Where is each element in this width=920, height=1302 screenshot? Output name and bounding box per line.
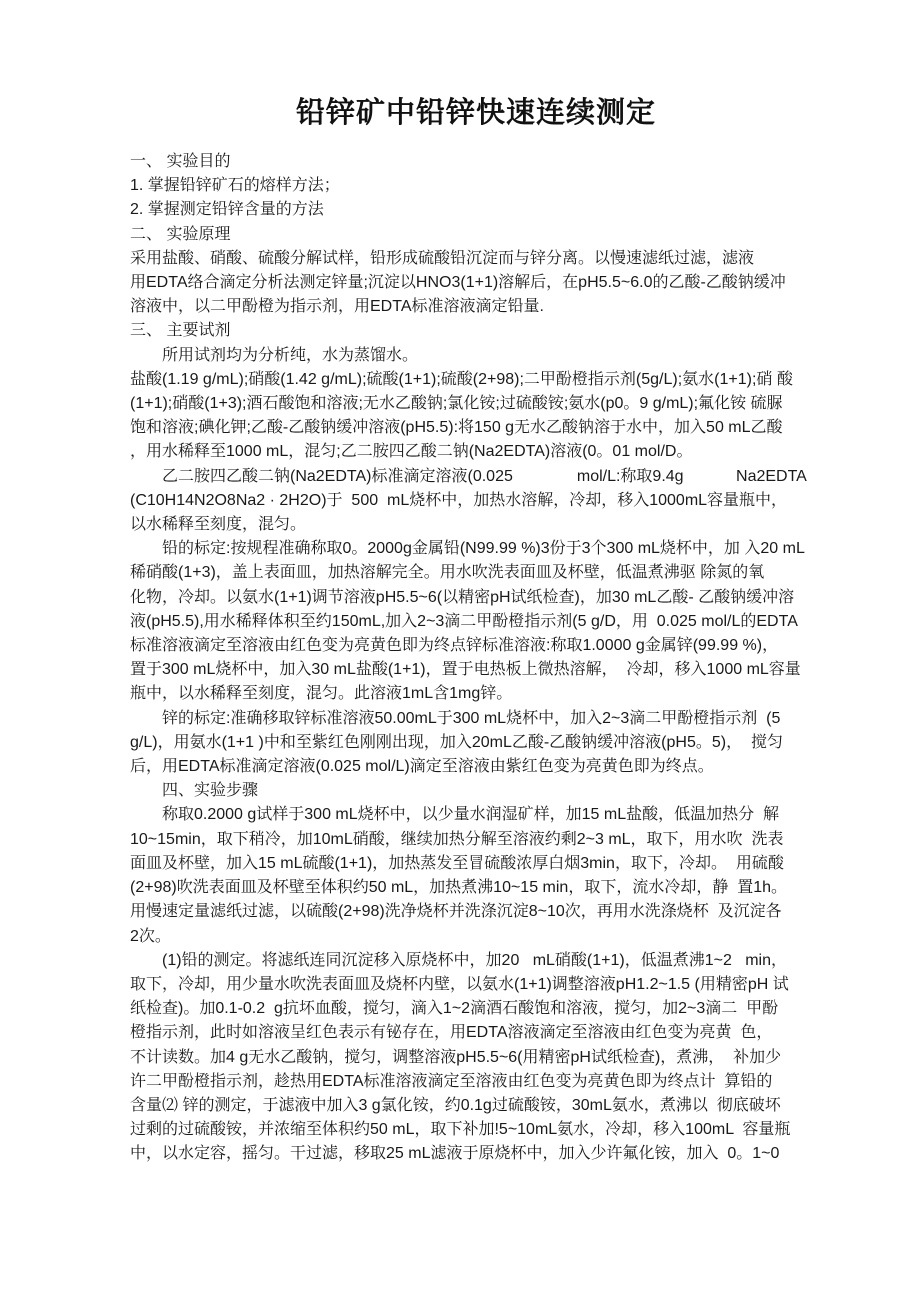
text-line: 一、 实验目的	[130, 150, 822, 174]
text-line: 四、实验步骤	[130, 779, 822, 803]
text-line: 采用盐酸、硝酸、硫酸分解试样，铅形成硫酸铅沉淀而与锌分离。以慢速滤纸过滤，滤液	[130, 247, 822, 271]
text-line: 用EDTA络合滴定分析法测定锌量;沉淀以HNO3(1+1)溶解后，在pH5.5~…	[130, 271, 822, 295]
text-line: 纸检查)。加0.1-0.2 g抗坏血酸，搅匀，滴入1~2滴酒石酸饱和溶液，搅匀，…	[130, 997, 822, 1021]
text-line: 取下，冷却，用少量水吹洗表面皿及烧杯内壁，以氨水(1+1)调整溶液pH1.2~1…	[130, 973, 822, 997]
document-title: 铅锌矿中铅锌快速连续测定	[130, 92, 822, 134]
text-line: 中，以水定容，摇匀。干过滤，移取25 mL滤液于原烧杯中，加入少许氟化铵，加入 …	[130, 1142, 822, 1166]
text-line: g/L)，用氨水(1+1 )中和至紫红色刚刚出现，加入20mL乙酸-乙酸钠缓冲溶…	[130, 731, 822, 755]
text-line: 以水稀释至刻度，混匀。	[130, 513, 822, 537]
text-line: 含量⑵ 锌的测定，于滤液中加入3 g氯化铵，约0.1g过硫酸铵，30mL氨水，煮…	[130, 1094, 822, 1118]
text-line: 2. 掌握测定铅锌含量的方法	[130, 198, 822, 222]
document-page: 铅锌矿中铅锌快速连续测定 一、 实验目的1. 掌握铅锌矿石的熔样方法；2. 掌握…	[0, 0, 920, 1302]
text-line: ，用水稀释至1000 mL，混匀;乙二胺四乙酸二钠(Na2EDTA)溶液(0。0…	[130, 440, 822, 464]
text-line: 10~15min，取下稍冷，加10mL硝酸，继续加热分解至溶液约剩2~3 mL，…	[130, 828, 822, 852]
text-line: 盐酸(1.19 g/mL);硝酸(1.42 g/mL);硫酸(1+1);硫酸(2…	[130, 368, 822, 392]
text-line: 溶液中，以二甲酚橙为指示剂，用EDTA标准溶液滴定铅量.	[130, 295, 822, 319]
text-line: 1. 掌握铅锌矿石的熔样方法；	[130, 174, 822, 198]
document-content: 铅锌矿中铅锌快速连续测定 一、 实验目的1. 掌握铅锌矿石的熔样方法；2. 掌握…	[130, 92, 822, 1167]
text-line: 铅的标定:按规程准确称取0。2000g金属铅(N99.99 %)3份于3个300…	[130, 537, 822, 561]
text-line: 不计读数。加4 g无水乙酸钠，搅匀，调整溶液pH5.5~6(用精密pH试纸检查)…	[130, 1046, 822, 1070]
text-line: 化物，冷却。以氨水(1+1)调节溶液pH5.5~6(以精密pH试纸检查)，加30…	[130, 586, 822, 610]
text-line: 置于300 mL烧杯中，加入30 mL盐酸(1+1)，置于电热板上微热溶解， 冷…	[130, 658, 822, 682]
text-line: 所用试剂均为分析纯，水为蒸馏水。	[130, 344, 822, 368]
text-line: 用慢速定量滤纸过滤，以硫酸(2+98)洗净烧杯并洗涤沉淀8~10次，再用水洗涤烧…	[130, 900, 822, 924]
text-line: 液(pH5.5),用水稀释体积至约150mL,加入2~3滴二甲酚橙指示剂(5 g…	[130, 610, 822, 634]
text-line: 后，用EDTA标准滴定溶液(0.025 mol/L)滴定至溶液由紫红色变为亮黄色…	[130, 755, 822, 779]
text-line: 2次。	[130, 925, 822, 949]
text-line: 许二甲酚橙指示剂，趁热用EDTA标准溶液滴定至溶液由红色变为亮黄色即为终点计 算…	[130, 1070, 822, 1094]
text-line: 三、 主要试剂	[130, 319, 822, 343]
text-line: (C10H14N2O8Na2 · 2H2O)于 500 mL烧杯中，加热水溶解，…	[130, 489, 822, 513]
text-line: 稀硝酸(1+3)，盖上表面皿，加热溶解完全。用水吹洗表面皿及杯壁，低温煮沸驱 除…	[130, 561, 822, 585]
text-line: 橙指示剂，此时如溶液呈红色表示有铋存在，用EDTA溶液滴定至溶液由红色变为亮黄 …	[130, 1021, 822, 1045]
text-line: (2+98)吹洗表面皿及杯壁至体积约50 mL，加热煮沸10~15 min，取下…	[130, 876, 822, 900]
text-line: 乙二胺四乙酸二钠(Na2EDTA)标准滴定溶液(0.025 mol/L:称取9.…	[130, 465, 822, 489]
text-line: (1)铅的测定。将滤纸连同沉淀移入原烧杯中，加20 mL硝酸(1+1)，低温煮沸…	[130, 949, 822, 973]
text-line: 锌的标定:准确移取锌标准溶液50.00mL于300 mL烧杯中，加入2~3滴二甲…	[130, 707, 822, 731]
text-line: 二、 实验原理	[130, 223, 822, 247]
text-line: 标准溶液滴定至溶液由红色变为亮黄色即为终点锌标准溶液:称取1.0000 g金属锌…	[130, 634, 822, 658]
document-body: 一、 实验目的1. 掌握铅锌矿石的熔样方法；2. 掌握测定铅锌含量的方法二、 实…	[130, 150, 822, 1167]
text-line: (1+1);硝酸(1+3);酒石酸饱和溶液;无水乙酸钠;氯化铵;过硫酸铵;氨水(…	[130, 392, 822, 416]
text-line: 称取0.2000 g试样于300 mL烧杯中，以少量水润湿矿样，加15 mL盐酸…	[130, 803, 822, 827]
text-line: 面皿及杯壁，加入15 mL硫酸(1+1)，加热蒸发至冒硫酸浓厚白烟3min，取下…	[130, 852, 822, 876]
text-line: 过剩的过硫酸铵，并浓缩至体积约50 mL，取下补加!5~10mL氨水，冷却，移入…	[130, 1118, 822, 1142]
text-line: 瓶中，以水稀释至刻度，混匀。此溶液1mL含1mg锌。	[130, 682, 822, 706]
text-line: 饱和溶液;碘化钾;乙酸-乙酸钠缓冲溶液(pH5.5):将150 g无水乙酸钠溶于…	[130, 416, 822, 440]
